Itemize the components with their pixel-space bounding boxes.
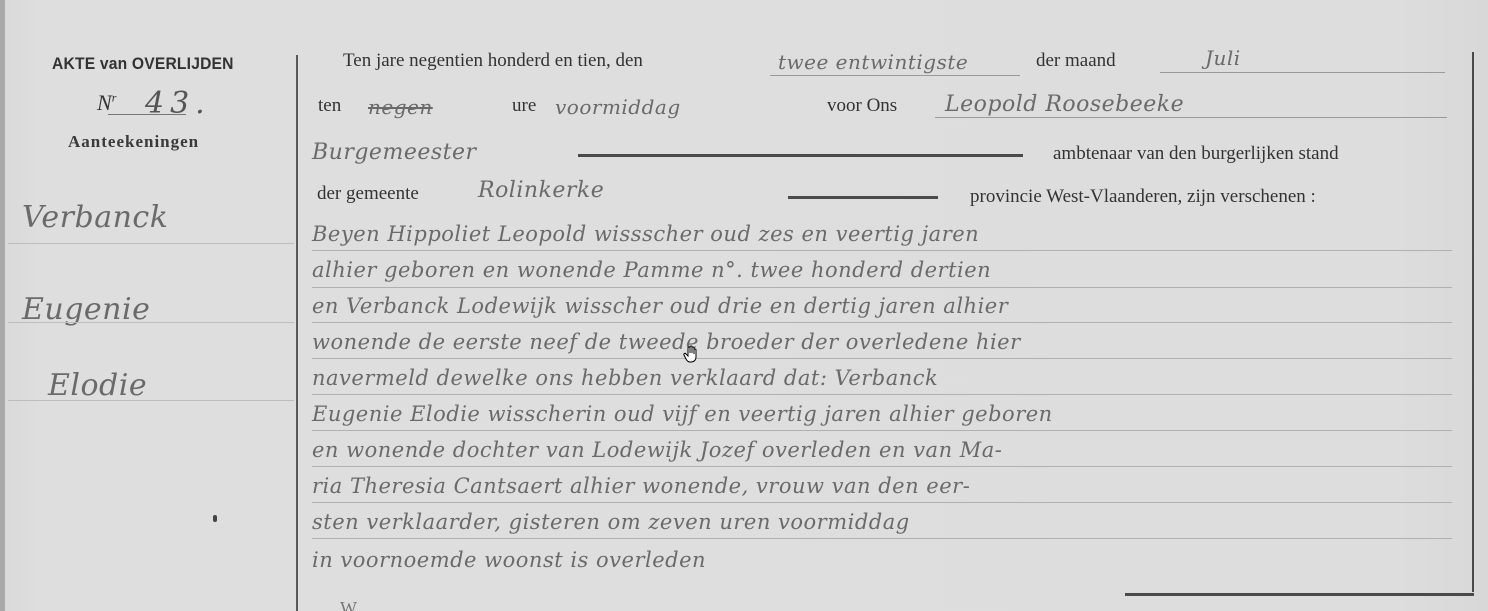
next-line-partial: W (340, 598, 357, 611)
record-number-value: 43. (145, 86, 211, 121)
ruling (312, 394, 1452, 395)
ruling (312, 322, 1452, 323)
ruling (312, 250, 1452, 251)
handwritten-day: twee entwintigste (778, 50, 968, 74)
ruling (312, 358, 1452, 359)
margin-ruling (8, 400, 294, 401)
fill-line (770, 75, 1020, 76)
annotations-heading: Aanteekeningen (68, 132, 199, 152)
record-number-underline (108, 114, 186, 115)
margin-ruling (8, 243, 294, 244)
body-line: in voornoemde woonst is overleden (312, 548, 706, 572)
handwritten-month: Juli (1205, 46, 1241, 70)
hand-cursor-icon (683, 345, 699, 363)
right-vertical-rule (1472, 52, 1474, 592)
margin-note-secondname: Elodie (48, 368, 147, 403)
body-line: alhier geboren en wonende Pamme n°. twee… (312, 258, 991, 282)
body-line: Beyen Hippoliet Leopold wissscher oud ze… (312, 222, 979, 246)
margin-ruling (8, 322, 294, 323)
handwritten-official-title: Burgemeester (312, 140, 477, 165)
ruling (312, 502, 1452, 503)
handwritten-time-of-day: voormiddag (555, 95, 681, 119)
body-line: Eugenie Elodie wisscherin oud vijf en ve… (312, 402, 1053, 426)
form-text: voor Ons (827, 95, 897, 117)
margin-note-surname: Verbanck (22, 200, 168, 235)
form-text: der maand (1036, 50, 1116, 72)
body-line: sten verklaarder, gisteren om zeven uren… (312, 510, 910, 534)
ink-speck (213, 515, 217, 522)
record-number-label: Nr (97, 90, 116, 116)
fill-rule (788, 196, 938, 199)
page-edge-shadow (0, 0, 5, 611)
ruling (312, 430, 1452, 431)
document-page: AKTE van OVERLIJDEN Nr 43. Aanteekeninge… (0, 0, 1488, 611)
record-type-title: AKTE van OVERLIJDEN (52, 54, 234, 74)
ruling (312, 538, 1452, 539)
form-text: provincie West-Vlaanderen, zijn verschen… (970, 186, 1316, 208)
body-line: ria Theresia Cantsaert alhier wonende, v… (312, 474, 970, 498)
ruling (312, 466, 1452, 467)
form-text: ten (318, 95, 341, 117)
closing-rule (1125, 593, 1474, 596)
form-text: ambtenaar van den burgerlijken stand (1053, 143, 1339, 165)
form-text: ure (512, 95, 536, 117)
handwritten-official-name: Leopold Roosebeeke (945, 92, 1184, 117)
form-text: der gemeente (317, 183, 419, 205)
handwritten-hour: negen (368, 95, 433, 119)
handwritten-municipality: Rolinkerke (478, 178, 604, 203)
margin-vertical-rule (296, 55, 298, 611)
form-text: Ten jare negentien honderd en tien, den (343, 50, 643, 72)
ruling (312, 287, 1452, 288)
body-line: en Verbanck Lodewijk wisscher oud drie e… (312, 294, 1008, 318)
fill-line (1160, 72, 1445, 73)
fill-rule (578, 154, 1023, 157)
body-line: navermeld dewelke ons hebben verklaard d… (312, 366, 938, 390)
body-line: en wonende dochter van Lodewijk Jozef ov… (312, 438, 1002, 462)
body-line: wonende de eerste neef de tweede broeder… (312, 330, 1021, 354)
fill-line (935, 117, 1447, 118)
